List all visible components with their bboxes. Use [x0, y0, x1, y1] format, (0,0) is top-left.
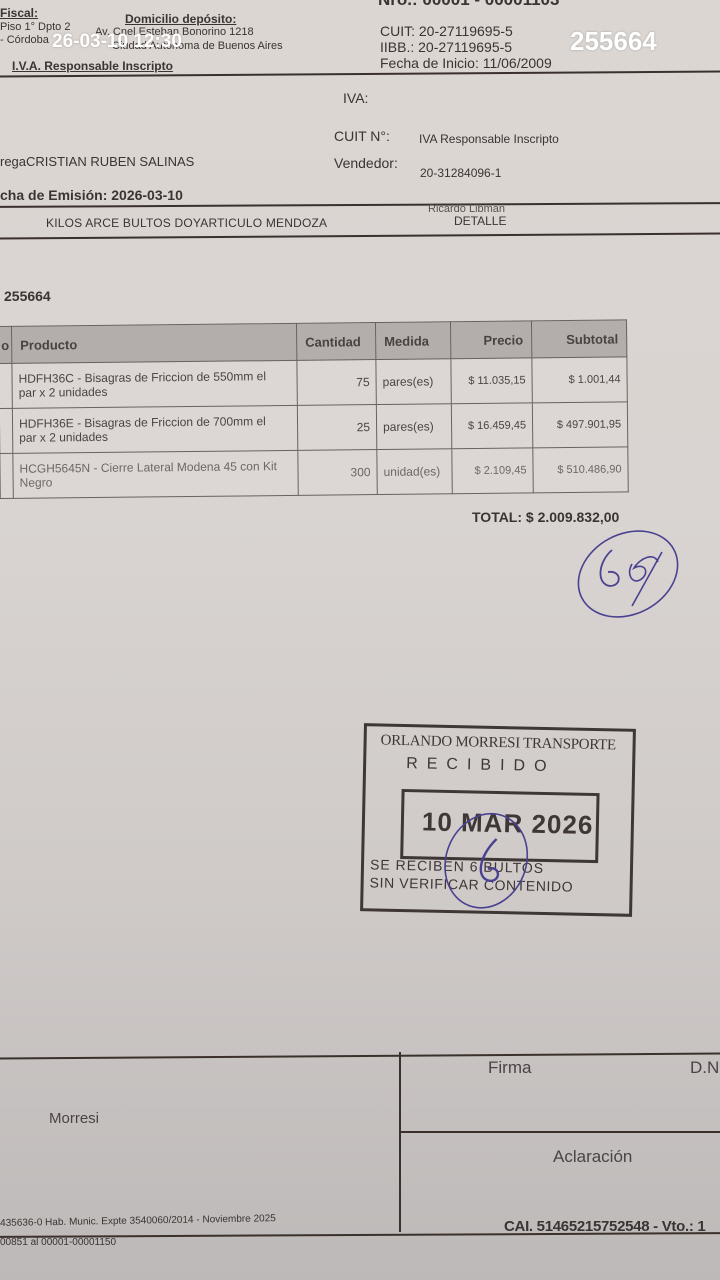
dni-label: D.N: [690, 1058, 719, 1078]
issuer-cuit: CUIT: 20-27119695-5: [380, 23, 513, 39]
overprinted-row: KILOS ARCE BULTOS DOYARTICULO MENDOZA: [46, 216, 327, 230]
table-row: HDFH36C - Bisagras de Friccion de 550mm …: [0, 357, 627, 409]
carrier-name: Morresi: [49, 1110, 99, 1127]
firma-label: Firma: [488, 1058, 531, 1078]
table-row: HCGH5645N - Cierre Lateral Modena 45 con…: [0, 447, 628, 499]
camera-timestamp-overlay: 26-03-10 12:30: [52, 31, 182, 53]
iva-value: IVA Responsable Inscripto: [419, 132, 559, 146]
cell-producto: HCGH5645N - Cierre Lateral Modena 45 con…: [13, 450, 298, 498]
cell-medida: unidad(es): [377, 449, 452, 495]
document-number: Nro.: 00001 - 00001103: [378, 0, 559, 10]
aclaracion-label: Aclaración: [553, 1147, 632, 1167]
customer-cuit-value: 20-31284096-1: [420, 166, 501, 180]
column-header-subtotal: Subtotal: [531, 320, 626, 358]
delivery-recipient: regaCRISTIAN RUBEN SALINAS: [0, 154, 194, 169]
detail-label: DETALLE: [454, 214, 506, 228]
fiscal-label: Fiscal:: [0, 6, 38, 20]
cell-subtotal: $ 510.486,90: [533, 447, 628, 493]
column-header-medida: Medida: [375, 322, 450, 360]
issuer-start-date: Fecha de Inicio: 11/06/2009: [380, 55, 552, 71]
cell-subtotal: $ 1.001,44: [532, 357, 627, 403]
iva-condition: I.V.A. Responsable Inscripto: [12, 59, 173, 73]
cell-cantidad: 300: [298, 450, 377, 496]
cell-producto: HDFH36E - Bisagras de Friccion de 700mm …: [12, 405, 297, 453]
cell-precio: $ 11.035,15: [451, 358, 532, 404]
footer-line2: 00851 al 00001-00001150: [0, 1237, 116, 1248]
handwritten-count-icon: [437, 798, 539, 920]
handwritten-circled-note-icon: [570, 522, 690, 627]
received-stamp: ORLANDO MORRESI TRANSPORTE RECIBIDO 10 M…: [360, 723, 636, 917]
seller-label: Vendedor:: [334, 155, 398, 171]
cell-producto: HDFH36C - Bisagras de Friccion de 550mm …: [12, 360, 297, 408]
stamp-status: RECIBIDO: [406, 755, 556, 776]
cell-medida: pares(es): [376, 359, 451, 405]
column-header-precio: Precio: [450, 321, 531, 359]
signature-vertical-divider: [399, 1052, 401, 1232]
items-table: o Producto Cantidad Medida Precio Subtot…: [0, 319, 629, 499]
cell-cantidad: 25: [297, 405, 376, 451]
cell-cantidad: 75: [297, 360, 376, 406]
iva-label: IVA:: [343, 90, 368, 106]
cell-code: [0, 453, 13, 498]
cell-subtotal: $ 497.901,95: [532, 402, 627, 448]
delivery-name: CRISTIAN RUBEN SALINAS: [26, 154, 194, 169]
column-header-code: o: [0, 326, 12, 363]
delivery-label: rega: [0, 154, 26, 169]
deposit-label: Domicilio depósito:: [125, 12, 236, 26]
footer-line1: 435636-0 Hab. Munic. Expte 3540060/2014 …: [0, 1213, 276, 1229]
cell-code: [0, 363, 12, 408]
table-row: HDFH36E - Bisagras de Friccion de 700mm …: [0, 402, 628, 454]
footer-cai: CAI. 51465215752548 - Vto.: 1: [504, 1218, 705, 1235]
cell-precio: $ 2.109,45: [452, 448, 533, 494]
order-number: 255664: [4, 288, 51, 304]
cell-code: [0, 408, 13, 453]
camera-photo-number-overlay: 255664: [570, 26, 657, 57]
column-header-cantidad: Cantidad: [296, 323, 375, 361]
detail-bottom-divider: [0, 232, 720, 239]
column-header-producto: Producto: [12, 323, 297, 363]
cell-medida: pares(es): [376, 404, 451, 450]
signature-top-divider: [0, 1052, 720, 1059]
fiscal-address-line2: - Córdoba: [0, 34, 49, 46]
cuit-label: CUIT N°:: [334, 128, 390, 144]
emission-date: cha de Emisión: 2026-03-10: [0, 187, 183, 203]
cell-precio: $ 16.459,45: [451, 403, 532, 449]
issuer-iibb: IIBB.: 20-27119695-5: [380, 39, 512, 55]
signature-middle-divider: [400, 1131, 720, 1133]
stamp-company: ORLANDO MORRESI TRANSPORTE: [380, 733, 616, 755]
